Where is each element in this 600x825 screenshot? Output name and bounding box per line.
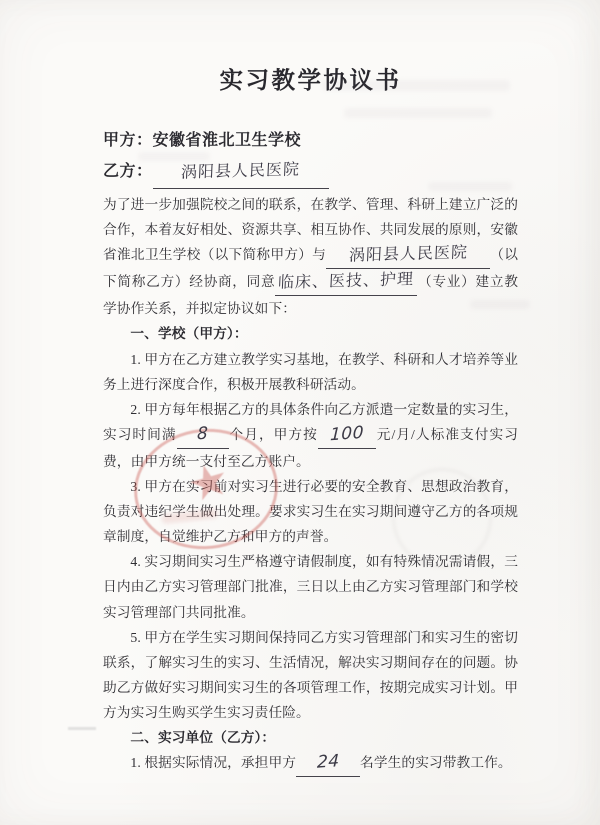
section1-item1: 1. 甲方在乙方建立教学实习基地，在教学、科研和人才培养等业务上进行深度合作，积… <box>103 347 518 397</box>
fee-handwritten: 100 <box>330 425 364 444</box>
section1-item3: 3. 甲方在实习前对实习生进行必要的安全教育、思想政治教育，负责对违纪学生做出处… <box>103 474 518 549</box>
section1-item5: 5. 甲方在学生实习期间保持同乙方实习管理部门和实习生的密切联系，了解实习生的实… <box>103 625 518 725</box>
document-title: 实习教学协议书 <box>103 64 518 98</box>
students-count-handwritten: 24 <box>316 753 339 772</box>
item2-text: 个月，甲方按 <box>229 427 318 442</box>
hospital-name-handwritten: 涡阳县人民医院 <box>348 245 468 264</box>
hospital-name-blank: 涡阳县人民医院 <box>326 242 490 269</box>
scanned-agreement-page: ★ 实习教学协议书 甲方：安徽省淮北卫生学校 乙方：涡阳县人民医院 为了进一步加… <box>0 0 600 825</box>
fee-blank: 100 <box>318 422 376 449</box>
party-a-label: 甲方： <box>103 132 153 149</box>
students-count-blank: 24 <box>296 750 360 777</box>
months-handwritten: 8 <box>197 425 209 443</box>
section1-item4: 4. 实习期间实习生严格遵守请假制度，如有特殊情况需请假，三日内由乙方实习管理部… <box>103 549 518 624</box>
majors-handwritten: 临床、医技、护理 <box>278 271 415 291</box>
section2-heading: 二、实习单位（乙方）： <box>103 725 518 750</box>
section1-item2: 2. 甲方每年根据乙方的具体条件向乙方派遣一定数量的实习生，实习时间满8个月，甲… <box>103 397 518 474</box>
party-b-name-blank: 涡阳县人民医院 <box>153 157 329 190</box>
section2-item1-text: 1. 根据实际情况，承担甲方 <box>130 755 296 770</box>
party-b-name-handwritten: 涡阳县人民医院 <box>181 161 301 180</box>
party-a-line: 甲方：安徽省淮北卫生学校 <box>103 126 518 157</box>
margin-pencil-dash <box>68 727 96 730</box>
months-blank: 8 <box>177 422 229 449</box>
section1-heading: 一、学校（甲方）： <box>103 321 518 346</box>
party-a-name: 安徽省淮北卫生学校 <box>153 132 302 149</box>
party-b-line: 乙方：涡阳县人民医院 <box>103 157 518 190</box>
section2-item1: 1. 根据实际情况，承担甲方24名学生的实习带教工作。 <box>103 750 518 777</box>
party-b-label: 乙方： <box>103 163 153 180</box>
bleed-through-mark <box>344 108 492 118</box>
section2-item1-text: 名学生的实习带教工作。 <box>360 755 512 770</box>
majors-blank: 临床、医技、护理 <box>275 269 417 296</box>
intro-paragraph: 为了进一步加强院校之间的联系，在教学、管理、科研上建立广泛的合作，本着友好相处、… <box>103 192 518 321</box>
